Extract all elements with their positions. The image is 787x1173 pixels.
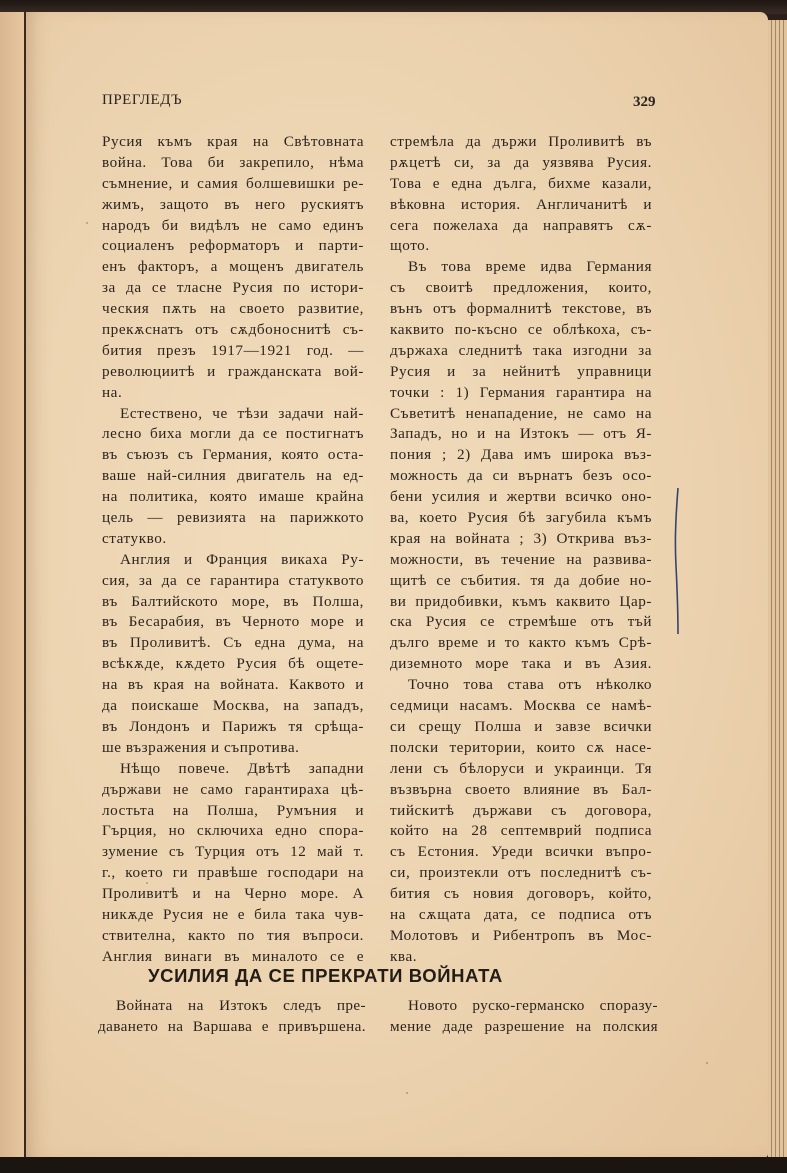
text-line: г., което ги правѣше господари на [102,863,364,884]
text-line: никѫде Русия не е била така чув- [102,905,364,926]
previous-page-edge [0,12,26,1160]
text-line: Това е една дълга, бихме казали, [390,174,652,195]
text-line: на. [102,383,364,404]
text-line: седмици насамъ. Москва се намѣ- [390,696,652,717]
text-line: Западъ, но и на Изтокъ — отъ Я- [390,424,652,445]
text-line: Нѣщо повече. Двѣтѣ западни [102,759,364,780]
text-line: лени съ бѣлоруси и украинци. Тя [390,759,652,780]
text-line: съмнение, и самия болшевишки ре- [102,174,364,195]
text-line: ческия пѫть на своето развитие, [102,299,364,320]
text-line: Молотовъ и Рибентропъ въ Мос- [390,926,652,947]
text-line: Войната на Изтокъ следъ пре- [98,996,366,1017]
section-heading: УСИЛИЯ ДА СЕ ПРЕКРАТИ ВОЙНАТА [148,965,503,987]
text-line: пония ; 2) Дава имъ широка въз- [390,445,652,466]
text-line: Русия къмъ края на Свѣтовната [102,132,364,153]
text-line: цель — ревизията на парижкото [102,508,364,529]
text-line: социаленъ реформаторъ и парти- [102,236,364,257]
text-line: края на войната ; 3) Открива въз- [390,529,652,550]
text-line: сия, за да се гарантира статуквото [102,571,364,592]
text-line: Точно това става отъ нѣколко [390,675,652,696]
text-line: народъ би видѣлъ не само единъ [102,216,364,237]
text-line: на сѫщата дата, се подписа отъ [390,905,652,926]
page-number: 329 [633,94,656,111]
text-line: въ съюзъ съ Германия, която оста- [102,445,364,466]
text-line: ствителна, както по тия въпроси. [102,926,364,947]
text-line: на въ края на войната. Каквото и [102,675,364,696]
text-line: ваше най-силния двигатель на ед- [102,466,364,487]
text-line: Въ това време идва Германия [390,257,652,278]
text-line: съ своитѣ предложения, които, [390,278,652,299]
left-column: Русия къмъ края на Свѣтовнатавойна. Това… [102,132,364,968]
text-line: зумение съ Турция отъ 12 май т. [102,842,364,863]
text-line: война. Това би закрепило, нѣма [102,153,364,174]
text-line: държаха следнитѣ така изгодни за [390,341,652,362]
text-line: въ Лондонъ и Парижъ тя срѣща- [102,717,364,738]
text-line: лесно биха могли да се постигнатъ [102,424,364,445]
text-line: въ Проливитѣ. Съ една дума, на [102,633,364,654]
pencil-margin-mark [673,486,681,636]
text-line: Проливитѣ и на Черно море. А [102,884,364,905]
text-line: всѣкѫде, кѫдето Русия бѣ ощете- [102,654,364,675]
text-line: полски територии, които сѫ насе- [390,738,652,759]
text-line: статукво. [102,529,364,550]
text-line: Естествено, че тѣзи задачи най- [102,404,364,425]
text-line: щото. [390,236,652,257]
text-line: жимъ, защото въ него рускиятъ [102,195,364,216]
text-line: съ Естония. Уреди всички въпро- [390,842,652,863]
running-title: ПРЕГЛЕДЪ [102,92,182,109]
text-line: прекѫснатъ отъ сѫдбоноснитѣ съ- [102,320,364,341]
text-line: който на 28 септемврий подписа [390,821,652,842]
text-line: Гърция, но сключиха едно спора- [102,821,364,842]
text-line: си, произтекли отъ последнитѣ съ- [390,863,652,884]
section-left-column: Войната на Изтокъ следъ пре-даването на … [98,996,366,1038]
text-line: точки : 1) Германия гарантира на [390,383,652,404]
text-line: възвърна своето влияние въ Бал- [390,780,652,801]
text-line: мение даде разрешение на полския [390,1017,658,1038]
text-line: вѣковна история. Англичанитѣ и [390,195,652,216]
text-line: Русия и за нейнитѣ управници [390,362,652,383]
text-line: на политика, която имаше крайна [102,487,364,508]
text-line: ше възражения и съпротива. [102,738,364,759]
text-line: стремѣла да държи Проливитѣ въ [390,132,652,153]
section-right-column: Новото руско-германско споразу-мение дад… [390,996,658,1038]
text-line: въ Бесарабия, въ Черното море и [102,612,364,633]
text-line: Съветитѣ ненападение, не само на [390,404,652,425]
text-line: щитѣ се събития. тя да добие но- [390,571,652,592]
text-line: ви придобивки, къмъ каквито Цар- [390,592,652,613]
text-line: вънъ отъ формалнитѣ текстове, въ [390,299,652,320]
text-line: рѫцетѣ си, за да уязвява Русия. [390,153,652,174]
text-line: бени усилия и жертви всичко оно- [390,487,652,508]
text-line: можность да си върнатъ безъ осо- [390,466,652,487]
text-line: даването на Варшава е привършена. [98,1017,366,1038]
text-line: Новото руско-германско споразу- [390,996,658,1017]
text-line: каквито по-късно се облѣкоха, съ- [390,320,652,341]
text-line: ска Русия се стремѣше отъ тъй [390,612,652,633]
text-line: за да се тласне Русия по истори- [102,278,364,299]
text-line: Англия и Франция викаха Ру- [102,550,364,571]
text-line: лостьта на Полша, Румъния и [102,801,364,822]
text-line: да поискаше Москва, на западъ, [102,696,364,717]
text-line: революциитѣ и гражданската вой- [102,362,364,383]
page-stack-edges [768,20,787,1160]
text-line: дълго време и то както къмъ Срѣ- [390,633,652,654]
right-column: стремѣла да държи Проливитѣ върѫцетѣ си,… [390,132,652,968]
text-line: си срещу Полша и завзе всички [390,717,652,738]
text-line: държави не само гарантираха цѣ- [102,780,364,801]
text-line: бития презъ 1917—1921 год. — [102,341,364,362]
text-line: сега пожелаха да направятъ сѫ- [390,216,652,237]
text-line: можности, въ течение на развива- [390,550,652,571]
text-line: бития съ новия договоръ, който, [390,884,652,905]
text-line: диземното море така и въ Азия. [390,654,652,675]
text-line: въ Балтийското море, въ Полша, [102,592,364,613]
text-line: ва, което Русия бѣ загубила къмъ [390,508,652,529]
text-line: тийскитѣ държави съ договора, [390,801,652,822]
text-line: енъ факторъ, а мощенъ двигатель [102,257,364,278]
book-binding-bottom [0,1157,787,1173]
